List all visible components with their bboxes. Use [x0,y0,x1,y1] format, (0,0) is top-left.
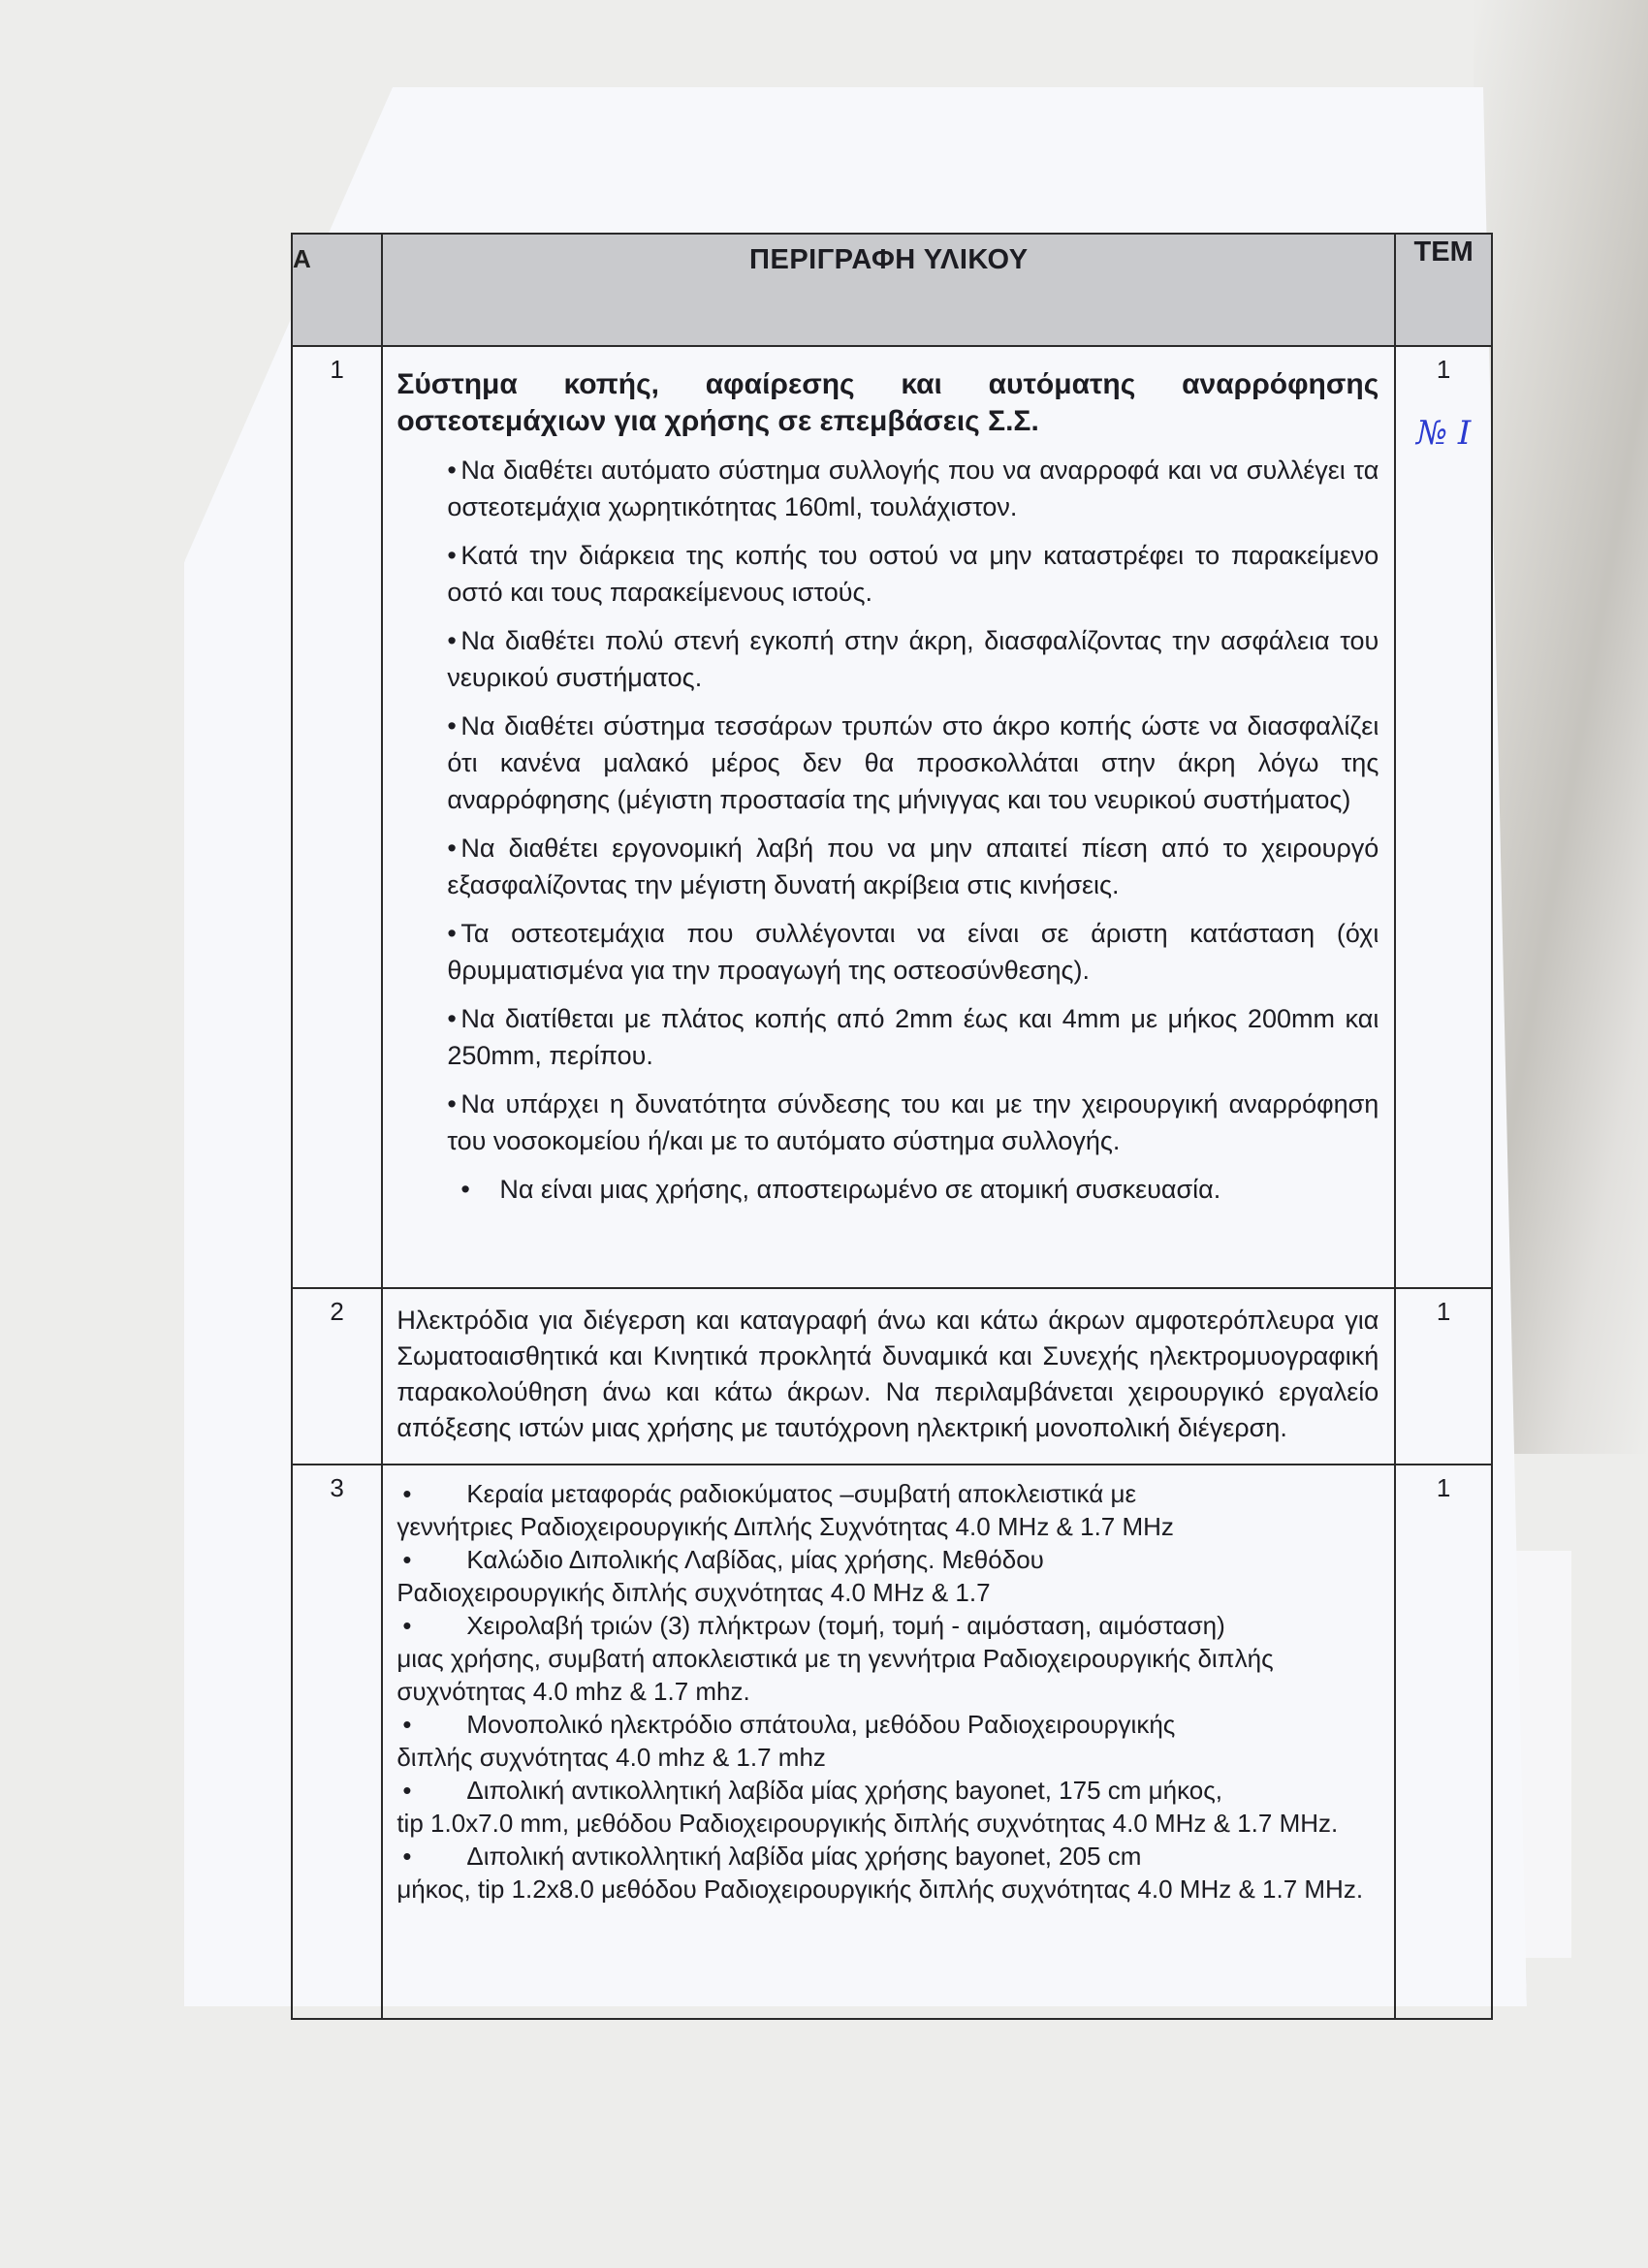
bullet-icon: • [460,1171,499,1208]
row-number: 1 [292,346,382,1288]
item-title: Σύστημα κοπής, αφαίρεσης και αυτόματης α… [396,366,1379,440]
bullet-icon: • [447,708,460,744]
list-item: •Να διαθέτει εργονομική λαβή που να μην … [447,830,1379,903]
list-item: •Να διαθέτει σύστημα τεσσάρων τρυπών στο… [447,708,1379,818]
bullet-icon: • [396,1708,466,1741]
header-description: ΠΕΡΙΓΡΑΦΗ ΥΛΙΚΟΥ [382,234,1395,346]
table-row: 3 •Κεραία μεταφοράς ραδιοκύματος –συμβατ… [292,1465,1492,2019]
list-item: •Να διαθέτει αυτόματο σύστημα συλλογής π… [447,452,1379,525]
components-list: •Κεραία μεταφοράς ραδιοκύματος –συμβατή … [396,1477,1379,1906]
list-item: •Χειρολαβή τριών (3) πλήκτρων (τομή, τομ… [396,1609,1379,1708]
list-item: •Να είναι μιας χρήσης, αποστειρωμένο σε … [447,1171,1379,1208]
requirements-list: •Να διαθέτει αυτόματο σύστημα συλλογής π… [396,452,1379,1208]
table-row: 1 Σύστημα κοπής, αφαίρεσης και αυτόματης… [292,346,1492,1288]
bullet-icon: • [447,1086,460,1122]
row-description: Σύστημα κοπής, αφαίρεσης και αυτόματης α… [382,346,1395,1288]
specification-table: Α ΠΕΡΙΓΡΑΦΗ ΥΛΙΚΟΥ ΤΕΜ 1 Σύστημα κοπής, … [291,233,1493,2020]
bullet-icon: • [447,1000,460,1037]
row-quantity: 1 № Ι [1395,346,1492,1288]
list-item: •Τα οστεοτεμάχια που συλλέγονται να είνα… [447,915,1379,989]
bullet-icon: • [396,1477,466,1510]
bullet-icon: • [447,915,460,952]
table-header-row: Α ΠΕΡΙΓΡΑΦΗ ΥΛΙΚΟΥ ΤΕΜ [292,234,1492,346]
list-item: •Να υπάρχει η δυνατότητα σύνδεσης του κα… [447,1086,1379,1159]
bullet-icon: • [396,1609,466,1642]
list-item: •Διπολική αντικολλητική λαβίδα μίας χρήσ… [396,1840,1379,1906]
list-item: •Διπολική αντικολλητική λαβίδα μίας χρήσ… [396,1774,1379,1840]
list-item: •Καλώδιο Διπολικής Λαβίδας, μίας χρήσης.… [396,1543,1379,1609]
bullet-icon: • [396,1774,466,1807]
list-item: •Να διαθέτει πολύ στενή εγκοπή στην άκρη… [447,622,1379,696]
header-index: Α [292,234,382,346]
list-item: •Να διατίθεται με πλάτος κοπής από 2mm έ… [447,1000,1379,1074]
row-number: 3 [292,1465,382,2019]
list-item: •Κεραία μεταφοράς ραδιοκύματος –συμβατή … [396,1477,1379,1543]
bullet-icon: • [447,830,460,866]
header-quantity: ΤΕΜ [1395,234,1492,346]
row-number: 2 [292,1288,382,1465]
table-row: 2 Ηλεκτρόδια για διέγερση και καταγραφή … [292,1288,1492,1465]
bullet-icon: • [447,537,460,574]
item-text: Ηλεκτρόδια για διέγερση και καταγραφή άν… [396,1301,1379,1446]
bullet-icon: • [447,452,460,488]
row-description: •Κεραία μεταφοράς ραδιοκύματος –συμβατή … [382,1465,1395,2019]
bullet-icon: • [396,1543,466,1576]
row-quantity: 1 [1395,1465,1492,2019]
bullet-icon: • [396,1840,466,1873]
list-item: •Κατά την διάρκεια της κοπής του οστού ν… [447,537,1379,611]
row-quantity: 1 [1395,1288,1492,1465]
handwritten-note: № Ι [1397,414,1490,453]
bullet-icon: • [447,622,460,659]
row-description: Ηλεκτρόδια για διέγερση και καταγραφή άν… [382,1288,1395,1465]
list-item: •Μονοπολικό ηλεκτρόδιο σπάτουλα, μεθόδου… [396,1708,1379,1774]
